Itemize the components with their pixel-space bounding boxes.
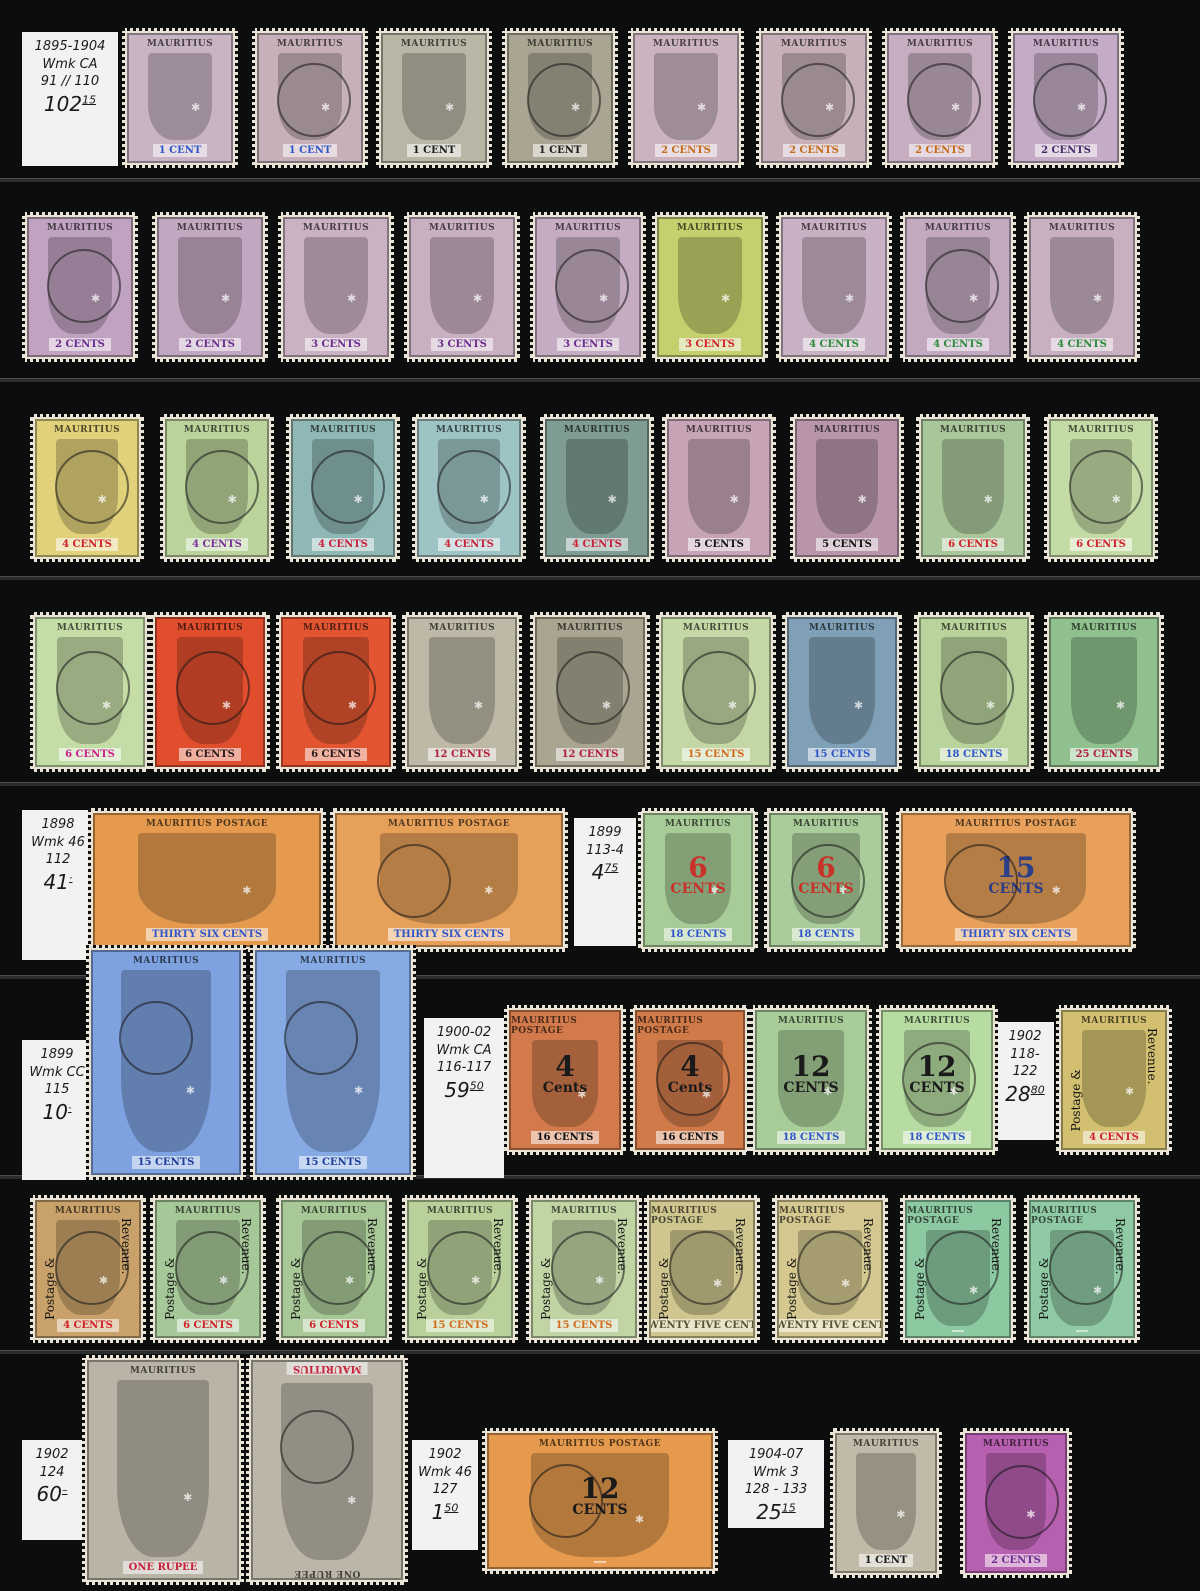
stamp-value: 6 CENTS <box>305 748 367 761</box>
coat-of-arms <box>1071 637 1137 744</box>
stamp-design: MAURITIUS4 CENTS <box>417 419 521 557</box>
stamp-title: MAURITIUS <box>429 223 495 233</box>
stamp-design: MAURITIUS POSTAGETHIRTY SIX CENTS <box>93 813 321 947</box>
handwritten-note: 1902118-1222880 <box>996 1022 1054 1140</box>
postage-stamp[interactable]: MAURITIUS6 CENTSPostage &Revenue. <box>150 1195 266 1343</box>
stamp-design: MAURITIUS15 CENTS <box>661 617 771 767</box>
stamp-value: 4 CENTS <box>438 538 500 551</box>
note-line: 116-117 <box>429 1059 499 1077</box>
stamp-title: MAURITIUS <box>303 223 369 233</box>
stamp-value: 4 CENTS <box>1051 338 1113 351</box>
stamp-value: 18 CENTS <box>792 928 861 941</box>
postage-stamp[interactable]: MAURITIUS2 CENTS <box>1008 28 1124 168</box>
handwritten-note: 1899113-4475 <box>574 818 636 946</box>
stamp-value: 2 CENTS <box>985 1554 1047 1567</box>
postage-stamp[interactable]: MAURITIUS6 CENTS <box>30 612 150 772</box>
postage-stamp[interactable]: MAURITIUS5 CENTS <box>790 414 904 562</box>
stamp-value: THIRTY SIX CENTS <box>388 928 510 941</box>
note-line: Wmk CA <box>429 1042 499 1060</box>
stamp-title: MAURITIUS POSTAGE <box>146 819 268 829</box>
postage-stamp[interactable]: MAURITIUS18 CENTS <box>914 612 1034 772</box>
stamp-title: MAURITIUS <box>55 1206 121 1216</box>
stamp-design: MAURITIUS6 CENTS <box>155 617 265 767</box>
stamp-design: MAURITIUS POSTAGEPostage &Revenue. <box>1029 1200 1135 1338</box>
stamp-design: MAURITIUS6 CENTS <box>281 617 391 767</box>
stock-strip <box>0 782 1200 786</box>
coat-of-arms <box>148 53 211 140</box>
stamp-value: 18 CENTS <box>903 1131 972 1144</box>
stamp-value: TWENTY FIVE CENTS <box>777 1319 883 1332</box>
stamp-design: MAURITIUS3 CENTS <box>657 217 763 357</box>
stamp-title: MAURITIUS <box>801 223 867 233</box>
note-line: Wmk 46 <box>27 834 89 852</box>
stamp-value: 3 CENTS <box>557 338 619 351</box>
postage-stamp[interactable]: MAURITIUS POSTAGE12CENTS <box>482 1428 718 1574</box>
stamp-title: MAURITIUS <box>781 39 847 49</box>
stamp-design: MAURITIUS1 CENT <box>835 1433 937 1573</box>
note-line: 128 - 133 <box>733 1481 819 1499</box>
stamp-title: MAURITIUS <box>686 425 752 435</box>
postmark-cancel <box>944 844 1018 918</box>
note-line: 1899 <box>579 824 631 842</box>
stamp-design: MAURITIUS POSTAGE12CENTS <box>487 1433 713 1569</box>
stamp-design: MAURITIUS12 CENTS <box>535 617 645 767</box>
stamp-value: 15 CENTS <box>426 1319 495 1332</box>
postmark-cancel <box>437 450 511 524</box>
revenue-overprint: Revenue. <box>1145 1028 1159 1131</box>
coat-of-arms <box>566 439 628 534</box>
stamp-title: MAURITIUS <box>653 39 719 49</box>
stamp-value: 16 CENTS <box>531 1131 600 1144</box>
postage-stamp[interactable]: MAURITIUS18 CENTS12CENTS <box>750 1005 872 1155</box>
note-price: 10· <box>27 1099 87 1126</box>
stamp-design: MAURITIUSONE RUPEE <box>87 1360 239 1580</box>
stamp-title: ONE RUPEE <box>294 1568 360 1578</box>
stamp-title: MAURITIUS <box>57 623 123 633</box>
postage-stamp[interactable]: MAURITIUS2 CENTS <box>628 28 744 168</box>
postage-stamp[interactable]: MAURITIUS12 CENTS <box>402 612 522 772</box>
stamp-value: 4 CENTS <box>56 538 118 551</box>
stamp-title: MAURITIUS <box>1068 425 1134 435</box>
note-line: 127 <box>417 1481 473 1499</box>
note-price: 150 <box>417 1499 473 1526</box>
stamp-title: MAURITIUS <box>54 425 120 435</box>
coat-of-arms <box>1050 237 1113 334</box>
postage-stamp[interactable]: MAURITIUS2 CENTS <box>960 1428 1072 1578</box>
stamp-title: MAURITIUS POSTAGE <box>637 1016 743 1036</box>
stamp-design: MAURITIUS2 CENTS <box>887 33 993 163</box>
stamp-design: MAURITIUS4 CENTS <box>781 217 887 357</box>
note-line: 115 <box>27 1081 87 1099</box>
handwritten-note: 190212460– <box>22 1440 82 1540</box>
stamp-value: 4 CENTS <box>803 338 865 351</box>
postage-stamp[interactable]: MAURITIUS4 CENTS <box>160 414 274 562</box>
stamp-design: MAURITIUS4 CENTSPostage &Revenue. <box>35 1200 141 1338</box>
stamp-title: MAURITIUS <box>133 956 199 966</box>
stamp-title: MAURITIUS <box>277 39 343 49</box>
stamp-value: MAURITIUS <box>287 1362 368 1375</box>
stamp-design: MAURITIUS POSTAGE16 CENTS4Cents <box>509 1010 621 1150</box>
postage-stamp[interactable]: MAURITIUS6 CENTS <box>150 612 270 772</box>
note-line: 1902 <box>417 1446 473 1464</box>
stamp-title: MAURITIUS <box>310 425 376 435</box>
postage-stamp[interactable]: MAURITIUS18 CENTS6CENTS <box>638 808 758 952</box>
stamp-value: 6 CENTS <box>177 1319 239 1332</box>
stamp-value: THIRTY SIX CENTS <box>955 928 1077 941</box>
postage-stamp[interactable]: MAURITIUS1 CENT <box>252 28 368 168</box>
stamp-title: MAURITIUS <box>1071 623 1137 633</box>
stamp-design: MAURITIUS POSTAGETWENTY FIVE CENTSPostag… <box>649 1200 755 1338</box>
postmark-cancel <box>176 651 250 725</box>
stamp-title: MAURITIUS <box>1033 39 1099 49</box>
note-line: 1895-1904 <box>27 38 113 56</box>
stamp-value: 18 CENTS <box>777 1131 846 1144</box>
note-price: 5950 <box>429 1077 499 1104</box>
stamp-design: MAURITIUS2 CENTS <box>157 217 263 357</box>
postage-stamp[interactable]: MAURITIUS4 CENTS <box>30 414 144 562</box>
stamp-value: 5 CENTS <box>816 538 878 551</box>
postmark-cancel <box>555 249 629 323</box>
postage-stamp[interactable]: MAURITIUS15 CENTSPostage &Revenue. <box>526 1195 642 1343</box>
stamp-title: MAURITIUS <box>793 819 859 829</box>
stamp-value: 12 CENTS <box>556 748 625 761</box>
stamp-value: 12 CENTS <box>428 748 497 761</box>
postage-stamp[interactable]: MAURITIUS1 CENT <box>830 1428 942 1578</box>
postage-stamp[interactable]: MAURITIUS1 CENT <box>122 28 238 168</box>
stamp-design: MAURITIUS18 CENTS <box>919 617 1029 767</box>
coat-of-arms <box>688 439 750 534</box>
postage-stamp[interactable]: MAURITIUS4 CENTSPostage &Revenue. <box>30 1195 146 1343</box>
stamp-value <box>952 1330 964 1332</box>
stamp-value: 15 CENTS <box>682 748 751 761</box>
stamp-title: MAURITIUS <box>300 956 366 966</box>
stamp-design: MAURITIUS15 CENTS <box>91 950 241 1175</box>
stamp-value: 15 CENTS <box>132 1156 201 1169</box>
stamp-title: MAURITIUS <box>941 623 1007 633</box>
stamp-title: MAURITIUS <box>401 39 467 49</box>
stamp-value: 2 CENTS <box>1035 144 1097 157</box>
postmark-cancel <box>280 1410 354 1484</box>
stamp-value: 6 CENTS <box>303 1319 365 1332</box>
stamp-value <box>594 1561 606 1563</box>
stamp-title: MAURITIUS <box>130 1366 196 1376</box>
stock-strip <box>0 576 1200 580</box>
postmark-cancel <box>902 1042 976 1116</box>
coat-of-arms <box>304 237 367 334</box>
stamp-title: MAURITIUS <box>527 39 593 49</box>
note-price: 2880 <box>1001 1081 1049 1108</box>
stamp-design: MAURITIUS3 CENTS <box>283 217 389 357</box>
stamp-value: 5 CENTS <box>688 538 750 551</box>
handwritten-note: 1900-02Wmk CA116-1175950 <box>424 1018 504 1178</box>
stamp-design: MAURITIUS1 CENT <box>507 33 613 163</box>
stamp-design: MAURITIUSONE RUPEE <box>251 1360 403 1580</box>
stamp-design: MAURITIUS4 CENTS <box>545 419 649 557</box>
stamp-value: 1 CENT <box>283 144 338 157</box>
stamp-title: MAURITIUS <box>557 623 623 633</box>
note-line: Wmk CC <box>27 1064 87 1082</box>
stamp-design: MAURITIUS1 CENT <box>257 33 363 163</box>
stamp-title: MAURITIUS <box>809 623 875 633</box>
postmark-cancel <box>556 651 630 725</box>
stamp-title: MAURITIUS <box>814 425 880 435</box>
stamp-value <box>1076 1330 1088 1332</box>
postage-stamp[interactable]: MAURITIUS2 CENTS <box>756 28 872 168</box>
postage-stamp[interactable]: MAURITIUS POSTAGETHIRTY SIX CENTS <box>88 808 326 952</box>
note-line: 1900-02 <box>429 1024 499 1042</box>
postage-stamp[interactable]: MAURITIUS15 CENTS <box>656 612 776 772</box>
stamp-title: MAURITIUS <box>665 819 731 829</box>
postmark-cancel <box>55 450 129 524</box>
coat-of-arms <box>138 833 277 924</box>
postage-stamp[interactable]: MAURITIUS18 CENTS12CENTS <box>876 1005 998 1155</box>
postage-stamp[interactable]: MAURITIUS3 CENTS <box>278 212 394 362</box>
stamp-design: MAURITIUS POSTAGE16 CENTS4Cents <box>635 1010 745 1150</box>
stamp-title: MAURITIUS <box>436 425 502 435</box>
stamp-title: MAURITIUS <box>175 1206 241 1216</box>
stamp-design: MAURITIUS3 CENTS <box>409 217 515 357</box>
stamp-title: MAURITIUS <box>301 1206 367 1216</box>
stamp-title: MAURITIUS <box>427 1206 493 1216</box>
stamp-title: MAURITIUS <box>907 39 973 49</box>
postage-stamp[interactable]: MAURITIUS4 CENTS <box>1024 212 1140 362</box>
postage-stamp[interactable]: MAURITIUS3 CENTS <box>530 212 646 362</box>
handwritten-note: 1898Wmk 4611241· <box>22 810 94 960</box>
postage-stamp[interactable]: MAURITIUSONE RUPEE <box>82 1355 244 1585</box>
note-line: 124 <box>27 1464 77 1482</box>
note-line: 112 <box>27 851 89 869</box>
stamp-value: 3 CENTS <box>431 338 493 351</box>
stock-strip <box>0 1350 1200 1354</box>
postage-stamp[interactable]: MAURITIUS POSTAGETWENTY FIVE CENTSPostag… <box>772 1195 888 1343</box>
postmark-cancel <box>940 651 1014 725</box>
note-price: 475 <box>579 859 631 886</box>
surcharge-overprint: 4Cents <box>511 1053 619 1095</box>
note-line: 1902 <box>27 1446 77 1464</box>
stamp-design: MAURITIUS2 CENTS <box>761 33 867 163</box>
handwritten-note: 1895-1904Wmk CA91 // 11010215 <box>22 32 118 166</box>
stamp-title: MAURITIUS <box>555 223 621 233</box>
postage-stamp[interactable]: MAURITIUS4 CENTS <box>286 414 400 562</box>
stamp-value: 2 CENTS <box>783 144 845 157</box>
stamp-title: MAURITIUS <box>551 1206 617 1216</box>
postage-stamp[interactable]: MAURITIUS POSTAGETHIRTY SIX CENTS <box>330 808 568 952</box>
stamp-value: 3 CENTS <box>305 338 367 351</box>
postmark-cancel <box>791 844 865 918</box>
note-price: 10215 <box>27 91 113 118</box>
postmark-cancel <box>682 651 756 725</box>
note-line: 1899 <box>27 1046 87 1064</box>
stamp-design: MAURITIUS2 CENTS <box>27 217 133 357</box>
stamp-value: 25 CENTS <box>1070 748 1139 761</box>
postmark-cancel <box>985 1465 1059 1539</box>
stamp-value: 3 CENTS <box>679 338 741 351</box>
stamp-value: 4 CENTS <box>186 538 248 551</box>
stamp-value: 4 CENTS <box>312 538 374 551</box>
stamp-design: MAURITIUS25 CENTS <box>1049 617 1159 767</box>
stamp-value: 2 CENTS <box>909 144 971 157</box>
coat-of-arms <box>654 53 717 140</box>
stamp-design: MAURITIUS6 CENTSPostage &Revenue. <box>155 1200 261 1338</box>
stamp-value: 15 CENTS <box>299 1156 368 1169</box>
postmark-cancel <box>377 844 451 918</box>
stamp-title: MAURITIUS <box>925 223 991 233</box>
stock-strip <box>0 378 1200 382</box>
postage-stamp[interactable]: MAURITIUS12 CENTS <box>530 612 650 772</box>
postage-stamp[interactable]: MAURITIUS6 CENTSPostage &Revenue. <box>276 1195 392 1343</box>
stamp-title: MAURITIUS <box>853 1439 919 1449</box>
stamp-value: 18 CENTS <box>664 928 733 941</box>
stamp-value: 2 CENTS <box>179 338 241 351</box>
coat-of-arms <box>678 237 741 334</box>
stamp-title: MAURITIUS POSTAGE <box>539 1439 661 1449</box>
stamp-design: MAURITIUS6 CENTSPostage &Revenue. <box>281 1200 387 1338</box>
stamp-title: MAURITIUS <box>177 623 243 633</box>
stamp-design: MAURITIUS3 CENTS <box>535 217 641 357</box>
stamp-design: MAURITIUS12 CENTS <box>407 617 517 767</box>
stamp-title: MAURITIUS <box>683 623 749 633</box>
stamp-title: MAURITIUS <box>1081 1016 1147 1026</box>
postmark-cancel <box>311 450 385 524</box>
stamp-design: MAURITIUS POSTAGETWENTY FIVE CENTSPostag… <box>777 1200 883 1338</box>
stamp-value: 16 CENTS <box>656 1131 725 1144</box>
note-line: Wmk 46 <box>417 1464 473 1482</box>
postage-stamp[interactable]: MAURITIUS POSTAGE16 CENTS4Cents <box>504 1005 626 1155</box>
stamp-value: 6 CENTS <box>1070 538 1132 551</box>
postage-stamp[interactable]: MAURITIUS POSTAGEPostage &Revenue. <box>900 1195 1016 1343</box>
note-line: 113-4 <box>579 842 631 860</box>
coat-of-arms <box>178 237 241 334</box>
stamp-design: MAURITIUS POSTAGETHIRTY SIX CENTS <box>335 813 563 947</box>
note-line: 91 // 110 <box>27 73 113 91</box>
handwritten-note: 1899Wmk CC11510· <box>22 1040 92 1180</box>
stamp-design: MAURITIUS4 CENTSPostage &Revenue. <box>1061 1010 1167 1150</box>
coat-of-arms <box>402 53 465 140</box>
coat-of-arms <box>809 637 875 744</box>
postage-stamp[interactable]: MAURITIUS4 CENTS <box>900 212 1016 362</box>
postage-stamp[interactable]: MAURITIUS18 CENTS6CENTS <box>764 808 888 952</box>
stamp-design: MAURITIUS4 CENTS <box>165 419 269 557</box>
stamp-design: MAURITIUS4 CENTS <box>905 217 1011 357</box>
postage-stamp[interactable]: MAURITIUS15 CENTS <box>782 612 902 772</box>
stamp-value: 4 CENTS <box>927 338 989 351</box>
postage-stamp[interactable]: MAURITIUS5 CENTS <box>662 414 776 562</box>
postage-stamp[interactable]: MAURITIUS2 CENTS <box>152 212 268 362</box>
stamp-title: MAURITIUS <box>778 1016 844 1026</box>
postage-stamp[interactable]: MAURITIUS POSTAGEPostage &Revenue. <box>1024 1195 1140 1343</box>
stamp-value: 1 CENT <box>859 1554 914 1567</box>
stamp-value: 18 CENTS <box>940 748 1009 761</box>
note-price: 2515 <box>733 1499 819 1526</box>
stamp-title: MAURITIUS <box>303 623 369 633</box>
stamp-design: MAURITIUS5 CENTS <box>795 419 899 557</box>
stamp-value: 1 CENT <box>407 144 462 157</box>
postage-stamp[interactable]: MAURITIUS15 CENTS <box>250 945 416 1180</box>
postmark-cancel <box>56 651 130 725</box>
stamp-design: MAURITIUS6 CENTS <box>1049 419 1153 557</box>
stamp-title: MAURITIUS POSTAGE <box>955 819 1077 829</box>
note-line: 1902 <box>1001 1028 1049 1046</box>
postmark-cancel <box>529 1464 603 1538</box>
postage-stamp[interactable]: MAURITIUS1 CENT <box>376 28 492 168</box>
postage-stamp[interactable]: MAURITIUS1 CENT <box>502 28 618 168</box>
postmark-cancel <box>119 1001 193 1075</box>
handwritten-note: 1902Wmk 46127150 <box>412 1440 478 1550</box>
stamp-value: THIRTY SIX CENTS <box>146 928 268 941</box>
stamp-title: MAURITIUS <box>1049 223 1115 233</box>
postage-stamp[interactable]: MAURITIUS3 CENTS <box>404 212 520 362</box>
coat-of-arms <box>856 1453 917 1550</box>
postage-stamp[interactable]: MAURITIUS6 CENTS <box>276 612 396 772</box>
stamp-value: 2 CENTS <box>655 144 717 157</box>
stamp-value: 15 CENTS <box>808 748 877 761</box>
stamp-design: MAURITIUS4 CENTS <box>291 419 395 557</box>
stamp-value: 1 CENT <box>153 144 208 157</box>
postmark-cancel <box>47 249 121 323</box>
postage-stamp[interactable]: MAURITIUSONE RUPEE <box>246 1355 408 1585</box>
postage-stamp[interactable]: MAURITIUS25 CENTS <box>1044 612 1164 772</box>
postmark-cancel <box>277 63 351 137</box>
note-line: 118- <box>1001 1046 1049 1064</box>
postage-stamp[interactable]: MAURITIUS4 CENTS <box>540 414 654 562</box>
postmark-cancel <box>1033 63 1107 137</box>
postmark-cancel <box>284 1001 358 1075</box>
stamp-design: MAURITIUS15 CENTS <box>787 617 897 767</box>
note-line: Wmk 3 <box>733 1464 819 1482</box>
postage-stamp[interactable]: MAURITIUS2 CENTS <box>882 28 998 168</box>
postmark-cancel <box>656 1042 730 1116</box>
stamp-title: MAURITIUS POSTAGE <box>511 1016 619 1036</box>
note-line: 1898 <box>27 816 89 834</box>
stamp-design: MAURITIUS1 CENT <box>127 33 233 163</box>
handwritten-note: 1904-07Wmk 3128 - 1332515 <box>728 1440 824 1528</box>
note-line: 1904-07 <box>733 1446 819 1464</box>
postage-stamp[interactable]: MAURITIUS15 CENTS <box>86 945 246 1180</box>
postage-stamp[interactable]: MAURITIUS15 CENTSPostage &Revenue. <box>402 1195 518 1343</box>
postmark-cancel <box>781 63 855 137</box>
postage-stamp[interactable]: MAURITIUS4 CENTSPostage &Revenue. <box>1056 1005 1172 1155</box>
stamp-design: MAURITIUS1 CENT <box>381 33 487 163</box>
postage-stamp[interactable]: MAURITIUS6 CENTS <box>1044 414 1158 562</box>
stamp-title: MAURITIUS POSTAGE <box>388 819 510 829</box>
postmark-cancel <box>527 63 601 137</box>
postmark-cancel <box>925 249 999 323</box>
postmark-cancel <box>302 651 376 725</box>
stamp-value: 15 CENTS <box>550 1319 619 1332</box>
postage-stamp[interactable]: MAURITIUS2 CENTS <box>22 212 138 362</box>
postage-stamp[interactable]: MAURITIUS6 CENTS <box>916 414 1030 562</box>
postage-stamp[interactable]: MAURITIUS POSTAGETHIRTY SIX CENTS15CENTS <box>896 808 1136 952</box>
stamp-design: MAURITIUS18 CENTS6CENTS <box>769 813 883 947</box>
stamp-design: MAURITIUS5 CENTS <box>667 419 771 557</box>
postage-stamp[interactable]: MAURITIUS POSTAGE16 CENTS4Cents <box>630 1005 750 1155</box>
surcharge-overprint: 12CENTS <box>757 1053 865 1095</box>
postage-stamp[interactable]: MAURITIUS4 CENTS <box>412 414 526 562</box>
coat-of-arms <box>802 237 865 334</box>
stamp-design: MAURITIUS4 CENTS <box>35 419 139 557</box>
stock-strip <box>0 178 1200 182</box>
stamp-design: MAURITIUS2 CENTS <box>633 33 739 163</box>
postage-stamp[interactable]: MAURITIUS POSTAGETWENTY FIVE CENTSPostag… <box>644 1195 760 1343</box>
stamp-design: MAURITIUS POSTAGETHIRTY SIX CENTS15CENTS <box>901 813 1131 947</box>
stamp-design: MAURITIUS15 CENTS <box>255 950 411 1175</box>
postage-stamp[interactable]: MAURITIUS4 CENTS <box>776 212 892 362</box>
postage-stamp[interactable]: MAURITIUS3 CENTS <box>652 212 768 362</box>
stamp-design: MAURITIUS6 CENTS <box>921 419 1025 557</box>
stamp-value: ONE RUPEE <box>123 1561 204 1574</box>
coat-of-arms <box>429 637 495 744</box>
note-line: 122 <box>1001 1063 1049 1081</box>
